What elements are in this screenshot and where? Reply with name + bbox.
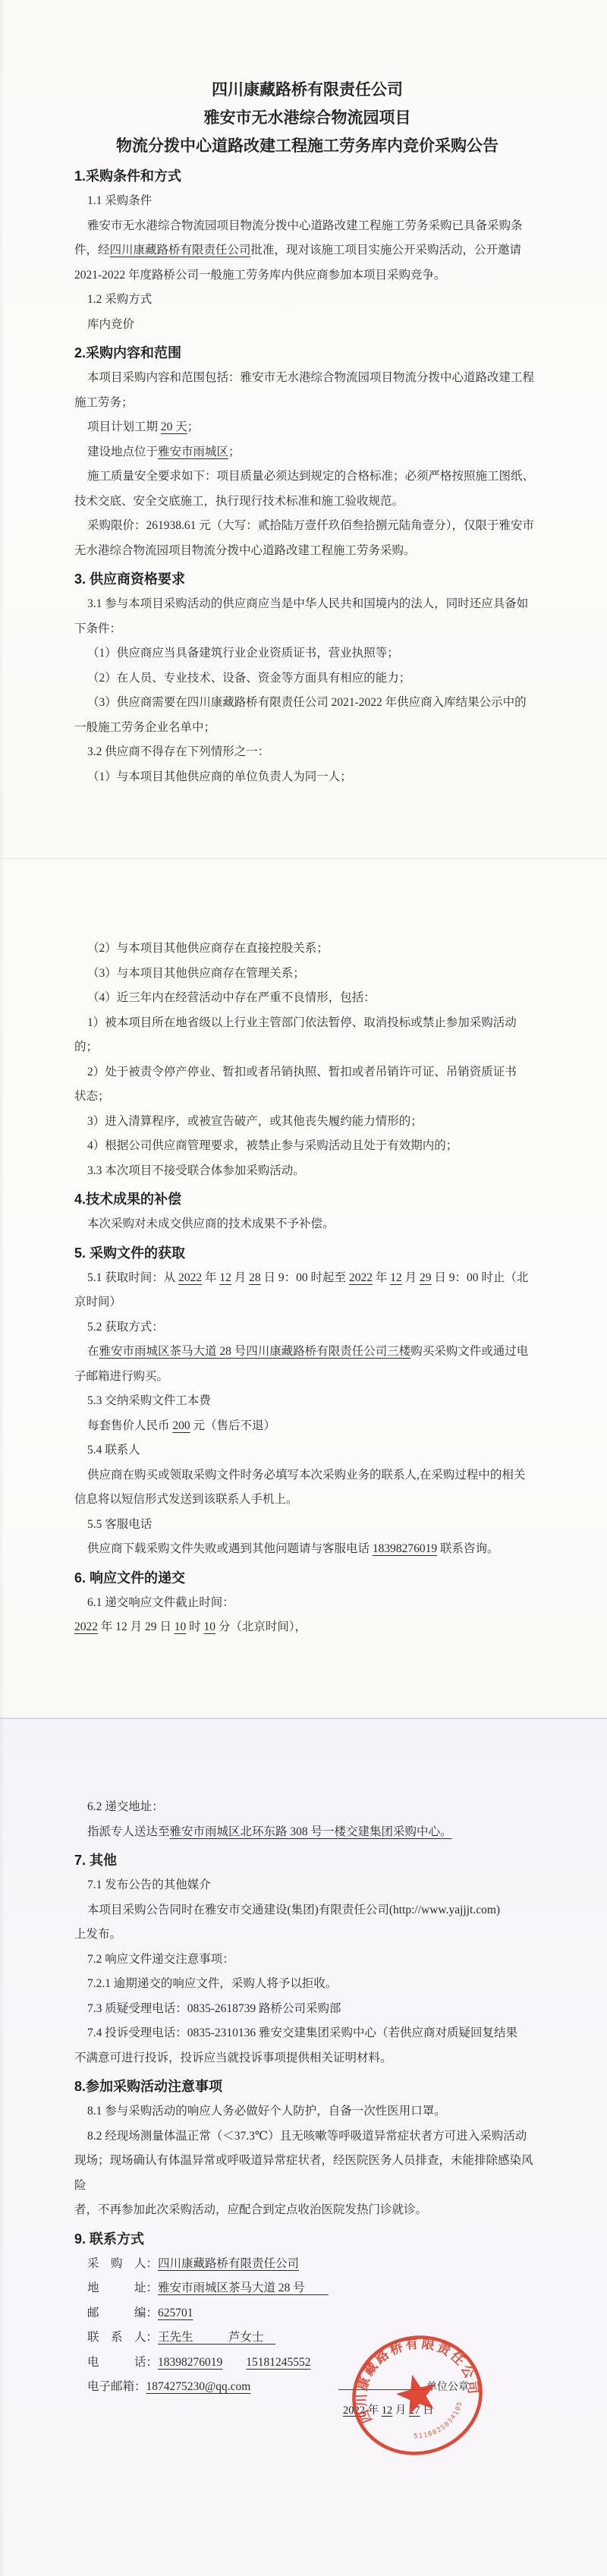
doc-title-line: 四川康藏路桥有限责任公司 — [74, 76, 540, 104]
text-line: 每套售价人民币 200 元（售后不退） — [74, 1414, 540, 1439]
text-line: 5.5 客服电话 — [74, 1513, 540, 1538]
text-line: （3）与本项目其他供应商存在管理关系； — [74, 962, 540, 987]
text-line: 7.3 质疑受理电话：0835-2618739 路桥公司采购部 — [74, 1997, 540, 2022]
text-line: （2）在人员、专业技术、设备、资金等方面具有相应的能力； — [74, 666, 540, 691]
text-line: 5.4 联系人 — [74, 1438, 540, 1463]
text-line: 本项目采购公告同时在雅安市交通建设(集团)有限责任公司(http://www.y… — [74, 1898, 540, 1923]
company-seal-stamp: 四川康藏路桥有限责任公司 5118025034105 — [345, 2330, 489, 2461]
contact-row: 地 址：雅安市雨城区茶马大道 28 号 — [74, 2276, 540, 2301]
doc-title-line: 物流分拨中心道路改建工程施工劳务库内竞价采购公告 — [74, 132, 540, 160]
text-line: （4）近三年内在经营活动中存在严重不良情形，包括： — [74, 986, 540, 1011]
text-line: 子邮箱进行购买。 — [74, 1365, 540, 1390]
text-line: 项目计划工期 20 天； — [74, 415, 540, 440]
text-line: （2）与本项目其他供应商存在直接控股关系； — [74, 937, 540, 962]
text-line: 下条件： — [74, 617, 540, 642]
text-line: 者，不再参加此次采购活动，应配合到定点收治医院发热门诊就诊。 — [74, 2198, 540, 2223]
text-line: 3.2 供应商不得存在下列情形之一： — [74, 740, 540, 765]
section-heading: 6. 响应文件的递交 — [74, 1565, 540, 1591]
text-line: 不满意可进行投诉，投诉应当就投诉事项提供相关证明材料。 — [74, 2046, 540, 2071]
text-line: 在雅安市雨城区茶马大道 28 号四川康藏路桥有限责任公司三楼购买采购文件或通过电 — [74, 1340, 540, 1365]
contact-row: 采 购 人：四川康藏路桥有限责任公司 — [74, 2252, 540, 2277]
star-icon — [392, 2370, 441, 2417]
section-heading: 9. 联系方式 — [74, 2226, 540, 2252]
text-line: 4）根据公司供应商管理要求，被禁止参与采购活动且处于有效期内的； — [74, 1134, 540, 1159]
text-line: 1）被本项目所在地省级以上行业主管部门依法暂停、取消投标或禁止参加采购活动 — [74, 1011, 540, 1036]
text-line: （1）与本项目其他供应商的单位负责人为同一人； — [74, 765, 540, 790]
text-line: 施工劳务； — [74, 391, 540, 416]
text-line: 1.2 采购方式 — [74, 288, 540, 313]
text-line: 信息将以短信形式发送到该联系人手机上。 — [74, 1488, 540, 1513]
page-3: 单位公章 2022 年 12 月 27 日 四川康藏路桥有限责任公司 51180… — [0, 1718, 607, 2576]
text-line: 施工质量安全要求如下：项目质量必须达到规定的合格标准；必须严格按照施工图纸、 — [74, 464, 540, 490]
text-line: 采购限价：261938.61 元（大写：贰拾陆万壹仟玖佰叁拾捌元陆角壹分），仅限… — [74, 514, 540, 539]
section-heading: 2.采购内容和范围 — [74, 340, 540, 366]
text-line: 7.2.1 逾期递交的响应文件，采购人将予以拒收。 — [74, 1972, 540, 1997]
text-line: 3.3 本次项目不接受联合体参加采购活动。 — [74, 1159, 540, 1184]
text-line: 京时间） — [74, 1290, 540, 1315]
text-line: 指派专人送达至雅安市雨城区北环东路 308 号一楼交建集团采购中心。 — [74, 1820, 540, 1845]
text-line: 库内竞价 — [74, 313, 540, 338]
text-line: 状态； — [74, 1085, 540, 1110]
text-line: 供应商下载采购文件失败或遇到其他问题请与客服电话 18398276019 联系咨… — [74, 1537, 540, 1562]
text-line: 件，经四川康藏路桥有限责任公司批准，现对该施工项目实施公开采购活动，公开邀请 — [74, 238, 540, 263]
section-heading: 1.采购条件和方式 — [74, 163, 540, 189]
text-line: 1.1 采购条件 — [74, 189, 540, 214]
text-line: 一般施工劳务企业名单中； — [74, 716, 540, 741]
text-line: 无水港综合物流园项目物流分拨中心道路改建工程施工劳务采购。 — [74, 539, 540, 564]
seal-area: 单位公章 2022 年 12 月 27 日 四川康藏路桥有限责任公司 51180… — [334, 2322, 516, 2489]
scanned-document: 四川康藏路桥有限责任公司雅安市无水港综合物流园项目物流分拨中心道路改建工程施工劳… — [0, 0, 607, 2576]
page-1: 四川康藏路桥有限责任公司雅安市无水港综合物流园项目物流分拨中心道路改建工程施工劳… — [0, 0, 607, 858]
text-line: 上发布。 — [74, 1923, 540, 1948]
doc-title-line: 雅安市无水港综合物流园项目 — [74, 104, 540, 132]
text-line: 5.3 交纳采购文件工本费 — [74, 1389, 540, 1414]
page-2: （2）与本项目其他供应商存在直接控股关系；（3）与本项目其他供应商存在管理关系；… — [0, 858, 607, 1718]
section-heading: 7. 其他 — [74, 1847, 540, 1873]
text-line: 供应商在购买或领取采购文件时务必填写本次采购业务的联系人,在采购过程中的相关 — [74, 1463, 540, 1488]
text-line: 8.2 经现场测量体温正常（＜37.3℃）且无咳嗽等呼吸道异常症状者方可进入采购… — [74, 2124, 540, 2149]
text-line: （1）供应商应当具备建筑行业企业资质证书，营业执照等； — [74, 641, 540, 666]
text-line: 2022 年 12 月 29 日 10 时 10 分（北京时间）， — [74, 1615, 540, 1640]
text-line: （3）供应商需要在四川康藏路桥有限责任公司 2021-2022 年供应商入库结果… — [74, 691, 540, 716]
text-line: 5.2 获取方式： — [74, 1315, 540, 1340]
text-line: 8.1 参与采购活动的响应人务必做好个人防护，自备一次性医用口罩。 — [74, 2099, 540, 2124]
text-line: 的； — [74, 1035, 540, 1060]
text-line: 本项目采购内容和范围包括：雅安市无水港综合物流园项目物流分拨中心道路改建工程 — [74, 366, 540, 391]
text-line: 本次采购对未成交供应商的技术成果不予补偿。 — [74, 1212, 540, 1237]
text-line: 雅安市无水港综合物流园项目物流分拨中心道路改建工程施工劳务采购已具备采购条 — [74, 214, 540, 239]
text-line: 6.2 递交地址： — [74, 1795, 540, 1820]
text-line: 建设地点位于雅安市雨城区； — [74, 440, 540, 465]
section-heading: 5. 采购文件的获取 — [74, 1240, 540, 1266]
section-heading: 3. 供应商资格要求 — [74, 566, 540, 592]
text-line: 2）处于被责令停产停业、暂扣或者吊销执照、暂扣或者吊销许可证、吊销资质证书 — [74, 1060, 540, 1085]
text-line: 5.1 获取时间：从 2022 年 12 月 28 日 9：00 时起至 202… — [74, 1266, 540, 1291]
text-line: 3）进入清算程序，或被宣告破产，或其他丧失履约能力情形的； — [74, 1110, 540, 1135]
section-heading: 8.参加采购活动注意事项 — [74, 2074, 540, 2099]
text-line: 2021-2022 年度路桥公司一般施工劳务库内供应商参加本项目采购竞争。 — [74, 263, 540, 288]
text-line: 7.2 响应文件递交注意事项： — [74, 1948, 540, 1973]
text-line: 3.1 参与本项目采购活动的供应商应当是中华人民共和国境内的法人，同时还应具备如 — [74, 592, 540, 617]
text-line: 7.4 投诉受理电话：0835-2310136 雅安交建集团采购中心（若供应商对… — [74, 2021, 540, 2046]
text-line: 现场；现场确认有体温异常或呼吸道异常症状者，经医院医务人员排查，未能排除感染风险 — [74, 2149, 540, 2198]
text-line: 6.1 递交响应文件截止时间： — [74, 1591, 540, 1616]
section-heading: 4.技术成果的补偿 — [74, 1186, 540, 1212]
text-line: 技术交底、安全交底施工，执行现行技术标准和施工验收规范。 — [74, 490, 540, 515]
text-line: 7.1 发布公告的其他媒介 — [74, 1873, 540, 1898]
